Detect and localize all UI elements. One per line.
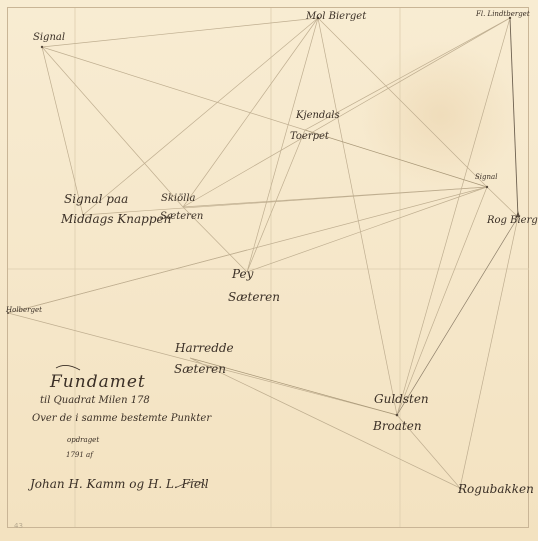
- title-line-1: til Quadrat Milen 178: [40, 396, 150, 406]
- label-middags-knappen: Middags Knappen: [61, 213, 171, 225]
- label-kjendals: Kjendals: [296, 111, 340, 121]
- grid-lines: [8, 8, 529, 527]
- title-line-3: opdraget: [67, 437, 99, 444]
- label-signal-nw: Signal: [33, 33, 65, 43]
- title-line-2: Over de i samme bestemte Punkter: [32, 414, 211, 424]
- label-pey-saeteren: Sæteren: [228, 291, 280, 303]
- title-flourish: [56, 365, 80, 370]
- label-rogubakken: Rogubakken: [458, 483, 534, 495]
- label-rog-bierget: Rog Bierget: [487, 216, 538, 226]
- label-toerpet: Toerpet: [290, 132, 329, 142]
- label-harredde-saeteren: Sæteren: [174, 363, 226, 375]
- label-skiolla-saeteren: Sæteren: [160, 212, 203, 222]
- map-title: Fundamet: [50, 374, 146, 391]
- label-skiolla: Skiölla: [161, 194, 196, 204]
- map-sheet: Signal Mol Bierget Fl. Lindtberget Kjend…: [0, 0, 538, 541]
- label-harredde: Harredde: [175, 342, 234, 354]
- label-fl-lindtberget: Fl. Lindtberget: [476, 11, 530, 18]
- label-pey: Pey: [232, 268, 253, 280]
- label-broaten: Broaten: [373, 420, 422, 432]
- label-guldsten: Guldsten: [374, 393, 429, 405]
- triangulation-network: [0, 0, 538, 541]
- label-mol-bierget: Mol Bierget: [306, 12, 366, 22]
- label-signal-paa: Signal paa: [64, 193, 128, 205]
- title-line-4: 1791 af: [66, 452, 93, 459]
- map-authors: Johan H. Kamm og H. L. Fiell: [30, 478, 209, 490]
- label-signal-e: Signal: [475, 174, 497, 181]
- sheet-number: 43: [14, 522, 23, 530]
- label-holberget: Holberget: [6, 307, 42, 314]
